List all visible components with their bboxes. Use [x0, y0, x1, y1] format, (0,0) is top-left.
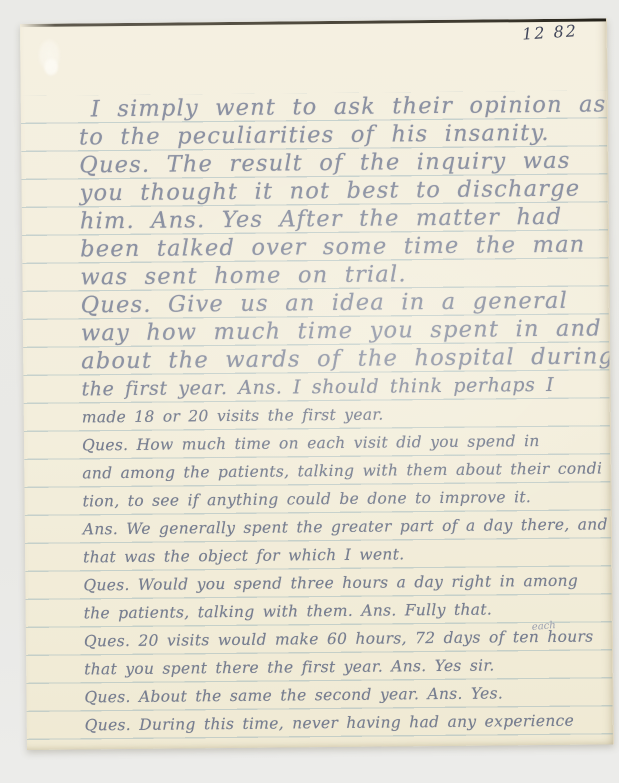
scan-background: 12 82 I simply went to ask their opinion…: [0, 0, 619, 783]
paper-damage-spot: [32, 36, 66, 84]
handwritten-line: been talked over some time the man: [80, 231, 588, 264]
document-page: 12 82 I simply went to ask their opinion…: [20, 18, 614, 750]
superscript-insertion: each: [531, 620, 556, 633]
handwritten-text-block: I simply went to ask their opinion as to…: [79, 91, 593, 740]
page-number: 12 82: [522, 21, 579, 43]
handwritten-line: Ques. Would you spend three hours a day …: [83, 567, 591, 600]
handwritten-line: Ques. During this time, never having had…: [85, 707, 593, 740]
handwritten-line: the first year. Ans. I should think perh…: [81, 371, 589, 404]
handwritten-line: Ques. 20 visits would make 60 hours, 72 …: [84, 623, 592, 656]
handwritten-line: Ans. We generally spent the greater part…: [83, 511, 591, 544]
